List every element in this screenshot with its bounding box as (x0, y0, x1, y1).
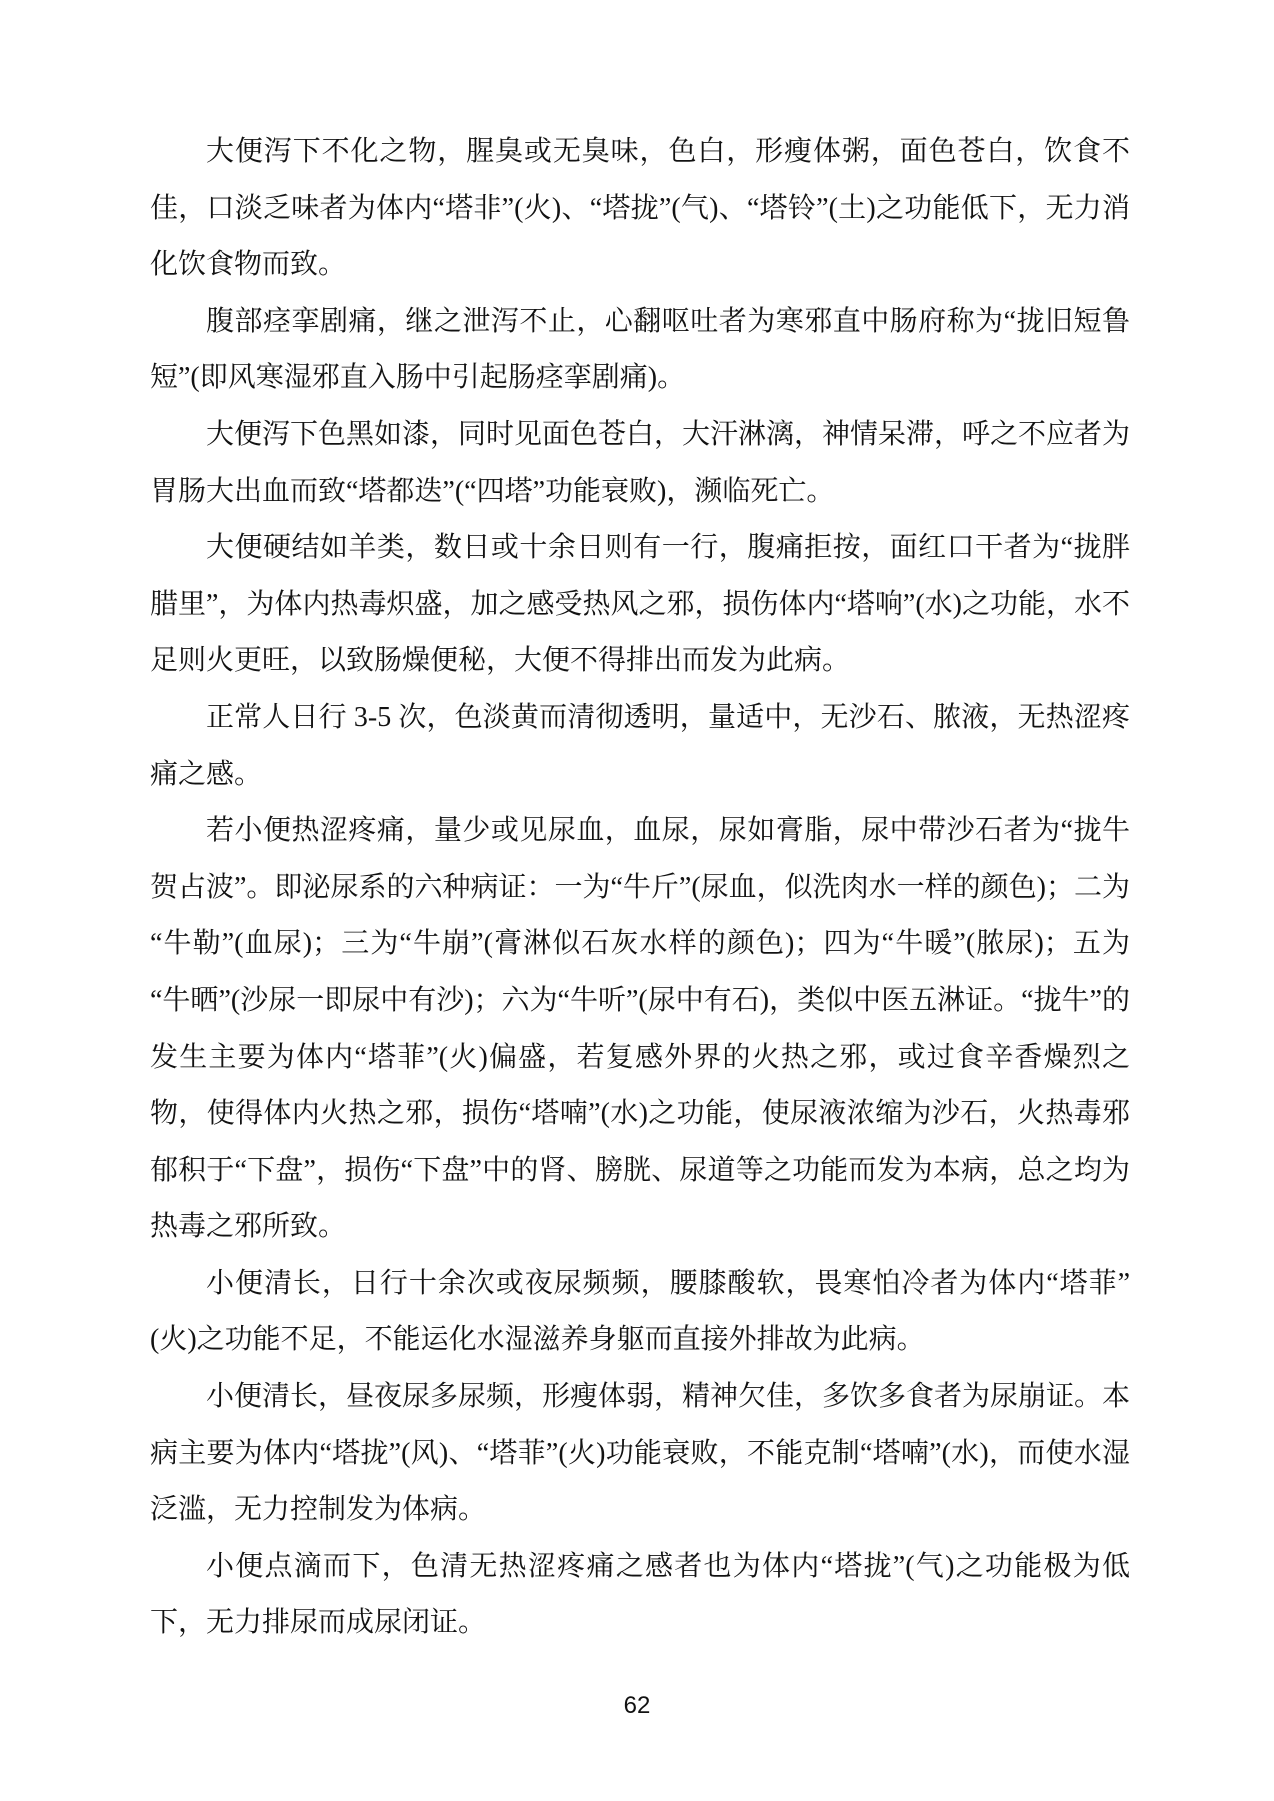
paragraph-abdominal-cramp: 腹部痉挛剧痛，继之泄泻不止，心翻呕吐者为寒邪直中肠府称为“拢旧短鲁短”(即风寒湿… (150, 294, 1130, 407)
paragraph-frequent-clear-urine: 小便清长，日行十余次或夜尿频频，腰膝酸软，畏寒怕冷者为体内“塔菲”(火)之功能不… (150, 1256, 1130, 1369)
paragraph-diabetes-insipidus: 小便清长，昼夜尿多尿频，形瘦体弱，精神欠佳，多饮多食者为尿崩证。本病主要为体内“… (150, 1369, 1130, 1539)
document-page: 大便泻下不化之物，腥臭或无臭味，色白，形瘦体粥，面色苍白，饮食不佳，口淡乏味者为… (0, 0, 1274, 1801)
paragraph-six-urinary-diseases: 若小便热涩疼痛，量少或见尿血，血尿，尿如膏脂，尿中带沙石者为“拢牛贺占波”。即泌… (150, 803, 1130, 1256)
paragraph-black-stool: 大便泻下色黑如漆，同时见面色苍白，大汗淋漓，神情呆滞，呼之不应者为胃肠大出血而致… (150, 407, 1130, 520)
paragraph-urine-retention: 小便点滴而下，色清无热涩疼痛之感者也为体内“塔拢”(气)之功能极为低下，无力排尿… (150, 1539, 1130, 1652)
paragraph-stool-undigested: 大便泻下不化之物，腥臭或无臭味，色白，形瘦体粥，面色苍白，饮食不佳，口淡乏味者为… (150, 124, 1130, 294)
page-number: 62 (0, 1692, 1274, 1720)
paragraph-constipation: 大便硬结如羊类，数日或十余日则有一行，腹痛拒按，面红口干者为“拢胖腊里”，为体内… (150, 520, 1130, 690)
paragraph-normal-urine: 正常人日行 3-5 次，色淡黄而清彻透明，量适中，无沙石、脓液，无热涩疼痛之感。 (150, 690, 1130, 803)
document-body: 大便泻下不化之物，腥臭或无臭味，色白，形瘦体粥，面色苍白，饮食不佳，口淡乏味者为… (150, 124, 1130, 1652)
